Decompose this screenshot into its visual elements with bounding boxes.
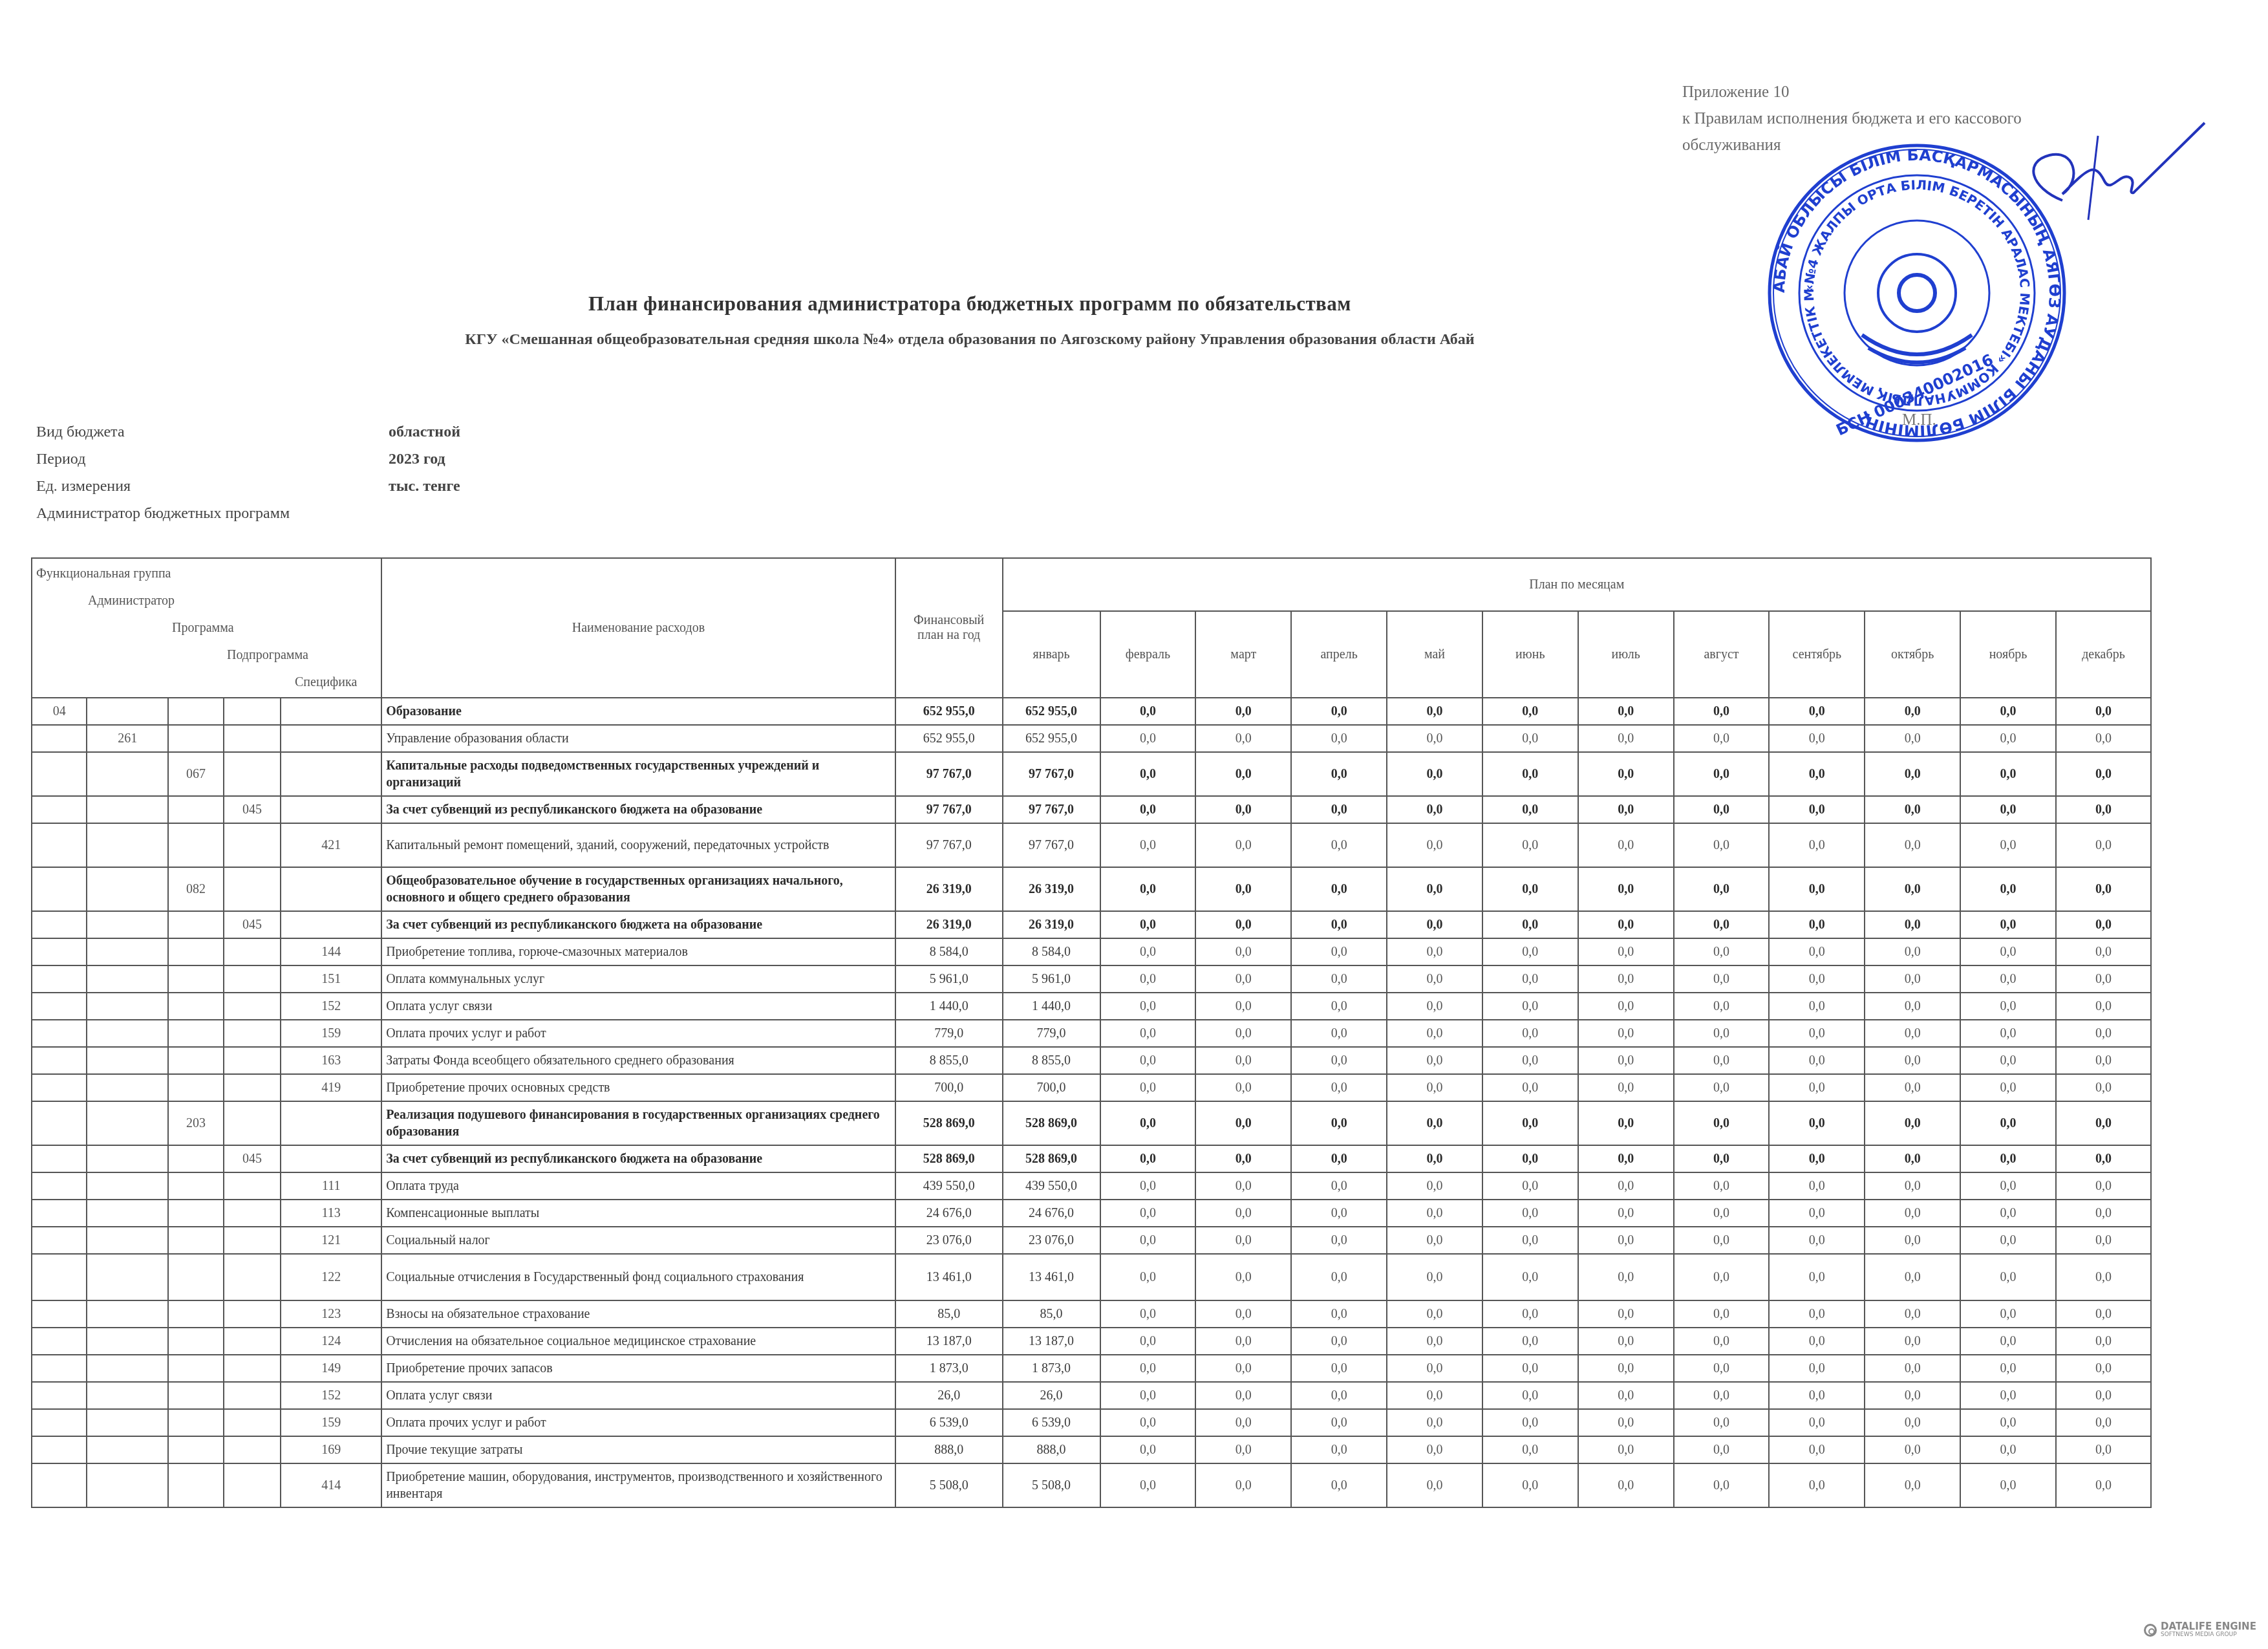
meta-label: Период [36,451,389,478]
table-body: 04Образование652 955,0652 955,00,00,00,0… [32,698,2151,1507]
expense-name-cell: Компенсационные выплаты [381,1200,895,1227]
annual-plan-cell: 23 076,0 [895,1227,1003,1254]
code-cell-prog [168,1436,223,1463]
month-cell: 0,0 [1960,1227,2056,1254]
month-cell: 0,0 [1100,752,1196,796]
month-cell: 0,0 [1387,1200,1482,1227]
mp-label: М.П. [1902,411,1936,429]
month-cell: 0,0 [1674,1328,1770,1355]
code-cell-spec: 152 [281,1382,381,1409]
month-cell: 0,0 [1195,993,1291,1020]
month-cell: 0,0 [1578,1409,1674,1436]
code-cell-adm [87,1227,168,1254]
code-cell-fg [32,1355,87,1382]
code-cell-adm [87,1463,168,1507]
annual-plan-cell: 652 955,0 [895,725,1003,752]
month-cell-january: 439 550,0 [1003,1172,1100,1200]
table-row: 159Оплата прочих услуг и работ779,0779,0… [32,1020,2151,1047]
month-cell: 0,0 [1195,752,1291,796]
month-cell: 0,0 [1578,1227,1674,1254]
annual-plan-cell: 8 584,0 [895,938,1003,965]
annual-plan-cell: 97 767,0 [895,752,1003,796]
table-row: 067Капитальные расходы подведомственных … [32,752,2151,796]
month-cell: 0,0 [1482,1300,1578,1328]
month-cell: 0,0 [1865,867,1960,911]
table-row: 421Капитальный ремонт помещений, зданий,… [32,823,2151,867]
code-cell-prog [168,1300,223,1328]
code-cell-fg [32,823,87,867]
month-cell: 0,0 [1387,1355,1482,1382]
code-cell-sub [224,1200,281,1227]
code-cell-spec: 419 [281,1074,381,1101]
expense-name-cell: Прочие текущие затраты [381,1436,895,1463]
month-cell: 0,0 [2056,1328,2151,1355]
expense-name-cell: Общеобразовательное обучение в государст… [381,867,895,911]
month-cell: 0,0 [1195,698,1291,725]
month-cell: 0,0 [1291,1101,1387,1145]
annual-plan-cell: 26,0 [895,1382,1003,1409]
table-row: 082Общеобразовательное обучение в госуда… [32,867,2151,911]
expense-name-cell: Взносы на обязательное страхование [381,1300,895,1328]
month-cell: 0,0 [1100,1382,1196,1409]
code-cell-prog [168,1382,223,1409]
code-cell-adm [87,1254,168,1300]
header-month: февраль [1100,611,1196,698]
month-cell-january: 13 187,0 [1003,1328,1100,1355]
code-cell-fg [32,1409,87,1436]
month-cell: 0,0 [1865,993,1960,1020]
month-cell: 0,0 [1482,993,1578,1020]
table-row: 414Приобретение машин, оборудования, инс… [32,1463,2151,1507]
table-row: 045За счет субвенций из республиканского… [32,796,2151,823]
month-cell: 0,0 [1674,725,1770,752]
month-cell: 0,0 [1769,1300,1865,1328]
month-cell: 0,0 [1960,1254,2056,1300]
code-cell-prog [168,938,223,965]
code-cell-sub: 045 [224,1145,281,1172]
month-cell: 0,0 [1674,965,1770,993]
month-cell: 0,0 [1674,1409,1770,1436]
code-cell-prog [168,1074,223,1101]
month-cell: 0,0 [1482,752,1578,796]
month-cell-january: 528 869,0 [1003,1101,1100,1145]
month-cell-january: 13 461,0 [1003,1254,1100,1300]
expense-name-cell: За счет субвенций из республиканского бю… [381,796,895,823]
month-cell: 0,0 [1291,1254,1387,1300]
code-cell-prog [168,725,223,752]
month-cell: 0,0 [1482,1436,1578,1463]
code-cell-adm [87,938,168,965]
month-cell: 0,0 [1674,1101,1770,1145]
code-cell-sub [224,1172,281,1200]
month-cell: 0,0 [2056,823,2151,867]
month-cell: 0,0 [1195,1254,1291,1300]
month-cell: 0,0 [1387,1227,1482,1254]
month-cell: 0,0 [1100,1047,1196,1074]
expense-name-cell: Оплата коммунальных услуг [381,965,895,993]
code-cell-spec: 124 [281,1328,381,1355]
month-cell-january: 700,0 [1003,1074,1100,1101]
month-cell: 0,0 [1865,1382,1960,1409]
meta-unit: Ед. измерения тыс. тенге [36,478,460,505]
code-cell-sub [224,1463,281,1507]
expense-name-cell: Приобретение прочих основных средств [381,1074,895,1101]
month-cell: 0,0 [1100,698,1196,725]
month-cell: 0,0 [1195,867,1291,911]
table-row: 152Оплата услуг связи26,026,00,00,00,00,… [32,1382,2151,1409]
month-cell: 0,0 [2056,1382,2151,1409]
month-cell: 0,0 [1387,1409,1482,1436]
table-row: 261Управление образования области652 955… [32,725,2151,752]
month-cell: 0,0 [1482,1254,1578,1300]
month-cell: 0,0 [1960,725,2056,752]
month-cell: 0,0 [1578,1047,1674,1074]
table-row: 045За счет субвенций из республиканского… [32,911,2151,938]
month-cell: 0,0 [1387,911,1482,938]
code-cell-adm [87,1200,168,1227]
watermark: DATALIFE ENGINE SOFTNEWS MEDIA GROUP [2144,1622,2256,1638]
month-cell: 0,0 [1769,1409,1865,1436]
table-row: 152Оплата услуг связи1 440,01 440,00,00,… [32,993,2151,1020]
code-cell-prog: 203 [168,1101,223,1145]
month-cell: 0,0 [1674,1172,1770,1200]
annual-plan-cell: 5 961,0 [895,965,1003,993]
code-cell-sub [224,1355,281,1382]
month-cell: 0,0 [1100,1254,1196,1300]
code-cell-adm [87,1355,168,1382]
month-cell: 0,0 [1291,1145,1387,1172]
header-month: март [1195,611,1291,698]
month-cell: 0,0 [1769,725,1865,752]
code-cell-fg [32,725,87,752]
month-cell: 0,0 [1769,1074,1865,1101]
code-cell-spec [281,911,381,938]
month-cell: 0,0 [1865,1436,1960,1463]
code-cell-fg [32,1145,87,1172]
month-cell: 0,0 [1674,1020,1770,1047]
month-cell: 0,0 [1578,867,1674,911]
month-cell: 0,0 [1291,1200,1387,1227]
code-cell-sub [224,1382,281,1409]
header-month: июнь [1482,611,1578,698]
month-cell: 0,0 [1865,1101,1960,1145]
table-row: 419Приобретение прочих основных средств7… [32,1074,2151,1101]
expense-name-cell: Образование [381,698,895,725]
month-cell: 0,0 [1769,752,1865,796]
month-cell-january: 6 539,0 [1003,1409,1100,1436]
code-cell-spec: 414 [281,1463,381,1507]
month-cell: 0,0 [1195,1145,1291,1172]
code-cell-adm [87,1172,168,1200]
expense-name-cell: Оплата услуг связи [381,993,895,1020]
code-cell-spec [281,698,381,725]
header-month: октябрь [1865,611,1960,698]
month-cell: 0,0 [1674,1436,1770,1463]
code-cell-fg: 04 [32,698,87,725]
code-cell-sub [224,1047,281,1074]
month-cell: 0,0 [1578,1300,1674,1328]
code-cell-spec [281,725,381,752]
document-meta: Вид бюджета областной Период 2023 год Ед… [36,424,460,532]
month-cell-january: 652 955,0 [1003,725,1100,752]
code-cell-fg [32,1227,87,1254]
month-cell: 0,0 [1865,965,1960,993]
code-cell-spec: 421 [281,823,381,867]
code-cell-spec: 159 [281,1409,381,1436]
month-cell: 0,0 [1291,1463,1387,1507]
month-cell: 0,0 [1769,698,1865,725]
month-cell: 0,0 [1195,796,1291,823]
month-cell: 0,0 [1674,911,1770,938]
month-cell: 0,0 [1960,1382,2056,1409]
month-cell: 0,0 [1195,1074,1291,1101]
month-cell: 0,0 [1291,1227,1387,1254]
month-cell: 0,0 [1387,1145,1482,1172]
month-cell: 0,0 [1195,1101,1291,1145]
month-cell: 0,0 [2056,752,2151,796]
month-cell: 0,0 [2056,698,2151,725]
month-cell: 0,0 [1291,1436,1387,1463]
meta-label: Администратор бюджетных программ [36,505,389,532]
month-cell: 0,0 [1865,911,1960,938]
month-cell: 0,0 [1100,993,1196,1020]
annual-plan-cell: 528 869,0 [895,1101,1003,1145]
month-cell: 0,0 [1387,1020,1482,1047]
code-cell-prog [168,1047,223,1074]
month-cell: 0,0 [1769,1436,1865,1463]
month-cell: 0,0 [1578,1101,1674,1145]
annual-plan-cell: 13 461,0 [895,1254,1003,1300]
table-row: 159Оплата прочих услуг и работ6 539,06 5… [32,1409,2151,1436]
month-cell: 0,0 [1291,938,1387,965]
code-cell-adm [87,823,168,867]
month-cell: 0,0 [1578,911,1674,938]
month-cell: 0,0 [1291,752,1387,796]
code-cell-spec: 113 [281,1200,381,1227]
code-cell-sub [224,1020,281,1047]
header-specifics: Специфика [36,669,377,696]
month-cell: 0,0 [1195,1463,1291,1507]
code-cell-spec: 144 [281,938,381,965]
month-cell: 0,0 [1578,752,1674,796]
code-cell-sub [224,1328,281,1355]
expense-name-cell: Затраты Фонда всеобщего обязательного ср… [381,1047,895,1074]
code-cell-prog [168,1020,223,1047]
month-cell: 0,0 [2056,867,2151,911]
code-cell-prog [168,965,223,993]
month-cell: 0,0 [1769,1355,1865,1382]
month-cell: 0,0 [1960,1328,2056,1355]
month-cell: 0,0 [1482,1227,1578,1254]
code-cell-sub: 045 [224,796,281,823]
month-cell: 0,0 [1100,1227,1196,1254]
code-cell-sub [224,752,281,796]
expense-name-cell: Оплата прочих услуг и работ [381,1020,895,1047]
month-cell: 0,0 [1865,1145,1960,1172]
table-row: 203Реализация подушевого финансирования … [32,1101,2151,1145]
month-cell-january: 8 855,0 [1003,1047,1100,1074]
month-cell: 0,0 [1769,1463,1865,1507]
month-cell: 0,0 [2056,1355,2151,1382]
code-cell-prog [168,698,223,725]
month-cell: 0,0 [1195,1355,1291,1382]
month-cell: 0,0 [1291,1172,1387,1200]
code-cell-prog: 082 [168,867,223,911]
month-cell: 0,0 [1291,867,1387,911]
watermark-title: DATALIFE ENGINE [2161,1622,2256,1632]
month-cell: 0,0 [1674,752,1770,796]
code-cell-sub [224,1436,281,1463]
code-cell-fg [32,1172,87,1200]
month-cell: 0,0 [1387,1047,1482,1074]
header-month: апрель [1291,611,1387,698]
month-cell: 0,0 [1960,1355,2056,1382]
month-cell: 0,0 [1769,1382,1865,1409]
month-cell: 0,0 [1960,911,2056,938]
code-cell-spec: 159 [281,1020,381,1047]
month-cell: 0,0 [1291,1300,1387,1328]
code-cell-spec: 169 [281,1436,381,1463]
expense-name-cell: Приобретение машин, оборудования, инстру… [381,1463,895,1507]
month-cell-january: 97 767,0 [1003,752,1100,796]
month-cell: 0,0 [1482,796,1578,823]
month-cell: 0,0 [1387,1382,1482,1409]
month-cell: 0,0 [1291,796,1387,823]
month-cell-january: 1 873,0 [1003,1355,1100,1382]
month-cell: 0,0 [1865,1409,1960,1436]
table-row: 045За счет субвенций из республиканского… [32,1145,2151,1172]
code-cell-fg [32,965,87,993]
code-cell-adm: 261 [87,725,168,752]
code-cell-prog [168,1463,223,1507]
code-cell-adm [87,1074,168,1101]
code-cell-sub [224,1227,281,1254]
month-cell: 0,0 [1291,965,1387,993]
month-cell: 0,0 [1865,1227,1960,1254]
month-cell: 0,0 [1674,1463,1770,1507]
appendix-line-1: Приложение 10 [1682,79,2212,105]
month-cell-january: 528 869,0 [1003,1145,1100,1172]
month-cell: 0,0 [1291,1047,1387,1074]
month-cell: 0,0 [1769,1047,1865,1074]
month-cell: 0,0 [2056,911,2151,938]
code-cell-fg [32,938,87,965]
code-cell-sub [224,1300,281,1328]
month-cell: 0,0 [1195,1172,1291,1200]
annual-plan-cell: 6 539,0 [895,1409,1003,1436]
month-cell: 0,0 [1100,1101,1196,1145]
month-cell: 0,0 [1387,1172,1482,1200]
month-cell: 0,0 [1578,1463,1674,1507]
month-cell-january: 26 319,0 [1003,867,1100,911]
month-cell-january: 1 440,0 [1003,993,1100,1020]
meta-value: областной [389,424,460,451]
month-cell: 0,0 [1865,1172,1960,1200]
month-cell: 0,0 [1482,1355,1578,1382]
meta-budget-type: Вид бюджета областной [36,424,460,451]
annual-plan-cell: 97 767,0 [895,796,1003,823]
code-cell-adm [87,1020,168,1047]
month-cell: 0,0 [1674,993,1770,1020]
month-cell: 0,0 [1195,911,1291,938]
month-cell: 0,0 [1100,796,1196,823]
annual-plan-cell: 779,0 [895,1020,1003,1047]
month-cell: 0,0 [1482,1145,1578,1172]
month-cell: 0,0 [1387,938,1482,965]
month-cell: 0,0 [1387,1463,1482,1507]
header-administrator: Администратор [36,587,377,614]
month-cell: 0,0 [1960,698,2056,725]
month-cell: 0,0 [1960,1300,2056,1328]
month-cell: 0,0 [1291,823,1387,867]
month-cell: 0,0 [1578,1254,1674,1300]
month-cell: 0,0 [1674,796,1770,823]
meta-value: 2023 год [389,451,445,478]
month-cell: 0,0 [2056,1200,2151,1227]
month-cell: 0,0 [1578,725,1674,752]
month-cell: 0,0 [1387,1101,1482,1145]
month-cell: 0,0 [1195,725,1291,752]
code-cell-spec: 123 [281,1300,381,1328]
month-cell: 0,0 [1482,823,1578,867]
header-monthly-plan: План по месяцам [1003,558,2151,611]
month-cell-january: 85,0 [1003,1300,1100,1328]
month-cell: 0,0 [1769,1328,1865,1355]
code-cell-fg [32,752,87,796]
datalife-logo-icon [2144,1624,2157,1637]
month-cell: 0,0 [1960,938,2056,965]
month-cell: 0,0 [1960,867,2056,911]
code-cell-sub [224,1101,281,1145]
month-cell: 0,0 [1578,1172,1674,1200]
month-cell: 0,0 [1578,1382,1674,1409]
month-cell: 0,0 [1578,1145,1674,1172]
month-cell: 0,0 [1100,1463,1196,1507]
month-cell: 0,0 [1865,1047,1960,1074]
month-cell: 0,0 [1291,993,1387,1020]
month-cell: 0,0 [1674,1382,1770,1409]
meta-period: Период 2023 год [36,451,460,478]
table-row: 113Компенсационные выплаты24 676,024 676… [32,1200,2151,1227]
month-cell: 0,0 [1482,1172,1578,1200]
month-cell: 0,0 [1865,938,1960,965]
month-cell: 0,0 [1387,1436,1482,1463]
month-cell: 0,0 [1482,938,1578,965]
code-cell-sub: 045 [224,911,281,938]
month-cell: 0,0 [1387,1300,1482,1328]
code-cell-prog [168,1254,223,1300]
month-cell: 0,0 [1769,1172,1865,1200]
month-cell: 0,0 [1482,911,1578,938]
annual-plan-cell: 26 319,0 [895,867,1003,911]
month-cell: 0,0 [1674,1145,1770,1172]
month-cell: 0,0 [1769,1101,1865,1145]
month-cell: 0,0 [1482,1101,1578,1145]
month-cell: 0,0 [1865,1355,1960,1382]
code-cell-fg [32,1328,87,1355]
code-cell-prog [168,1227,223,1254]
annual-plan-cell: 652 955,0 [895,698,1003,725]
month-cell-january: 5 508,0 [1003,1463,1100,1507]
month-cell: 0,0 [1674,1047,1770,1074]
month-cell: 0,0 [1387,993,1482,1020]
month-cell: 0,0 [1960,1200,2056,1227]
month-cell: 0,0 [2056,1020,2151,1047]
code-cell-spec: 163 [281,1047,381,1074]
month-cell: 0,0 [1578,1074,1674,1101]
code-cell-prog [168,823,223,867]
month-cell: 0,0 [1100,965,1196,993]
